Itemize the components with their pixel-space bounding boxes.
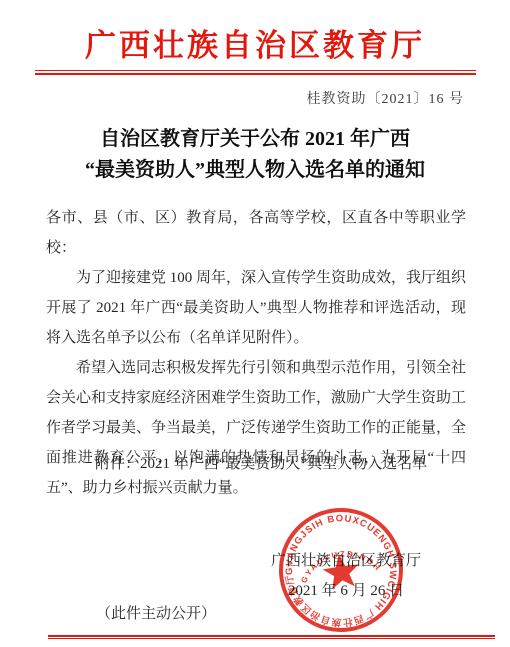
salutation: 各市、县（市、区）教育局，各高等学校，区直各中等职业学校： [46, 203, 466, 263]
document-number: 桂教资助〔2021〕16 号 [307, 88, 465, 108]
body-paragraph-2: 希望入选同志积极发挥先行引领和典型示范作用，引领全社会关心和支持家庭经济困难学生… [46, 353, 466, 503]
official-seal: GVANGJSIH BOUXCUENGH SWCIGIH 广西壮族自治区教育厅 … [262, 491, 420, 647]
letterhead-title: 广西壮族自治区教育厅 [0, 20, 510, 65]
attachment-line: 附件：2021 年广西“最美资助人”典型人物入选名单 [95, 452, 427, 473]
document-page: 广西壮族自治区教育厅 桂教资助〔2021〕16 号 自治区教育厅关于公布 202… [0, 0, 510, 647]
notice-title-line2: “最美资助人”典型人物入选名单的通知 [0, 155, 510, 186]
footer-note: （此件主动公开） [96, 602, 216, 623]
body-paragraph-1: 为了迎接建党 100 周年，深入宣传学生资助成效，我厅组织开展了 2021 年广… [46, 263, 466, 353]
notice-title: 自治区教育厅关于公布 2021 年广西 “最美资助人”典型人物入选名单的通知 [0, 124, 510, 186]
red-divider-bottom [48, 635, 495, 639]
red-divider-top [35, 70, 476, 75]
notice-title-line1: 自治区教育厅关于公布 2021 年广西 [0, 124, 510, 155]
